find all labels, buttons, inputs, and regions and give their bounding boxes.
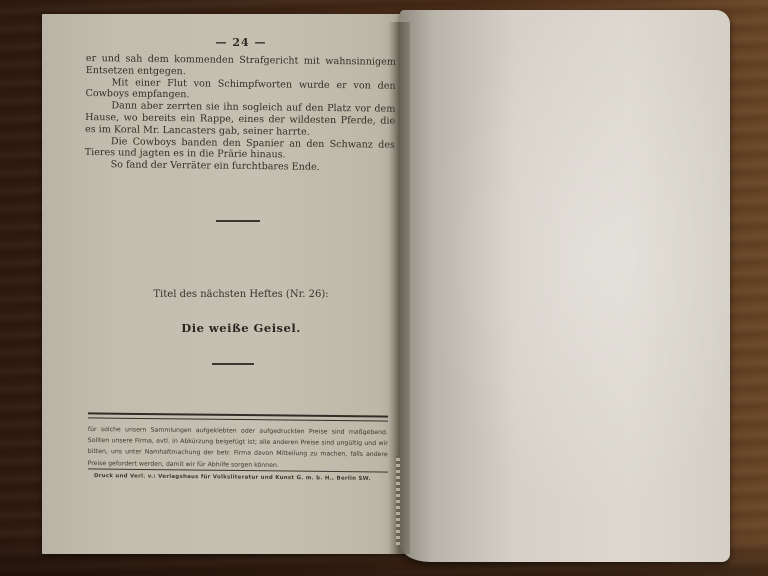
paragraph: Dann aber zerrten sie ihn sogleich auf d… <box>85 100 395 139</box>
left-page: — 24 — er und sah dem kommenden Strafger… <box>42 14 406 554</box>
left-page-content: — 24 — er und sah dem kommenden Strafger… <box>86 36 396 171</box>
price-notice: für solche unsern Sammlungen aufgeklebte… <box>88 424 388 472</box>
footer-rule <box>88 417 388 421</box>
publisher-imprint: Druck und Verl. v.: Verlagshaus für Volk… <box>88 473 388 482</box>
footer-rule <box>88 412 388 417</box>
section-divider <box>216 220 260 222</box>
story-text: er und sah dem kommenden Strafgericht mi… <box>85 53 396 175</box>
next-issue-label: Titel des nächsten Heftes (Nr. 26): <box>86 289 396 300</box>
page-number: — 24 — <box>86 36 396 49</box>
right-page-blank <box>400 10 730 562</box>
next-issue-title: Die weiße Geisel. <box>86 321 396 335</box>
paragraph: So fand der Verräter ein furchtbares End… <box>85 159 395 175</box>
worn-page-edge <box>396 455 400 545</box>
footer-notice-block: für solche unsern Sammlungen aufgeklebte… <box>88 414 388 479</box>
paragraph: er und sah dem kommenden Strafgericht mi… <box>86 53 396 80</box>
section-divider <box>212 363 254 365</box>
